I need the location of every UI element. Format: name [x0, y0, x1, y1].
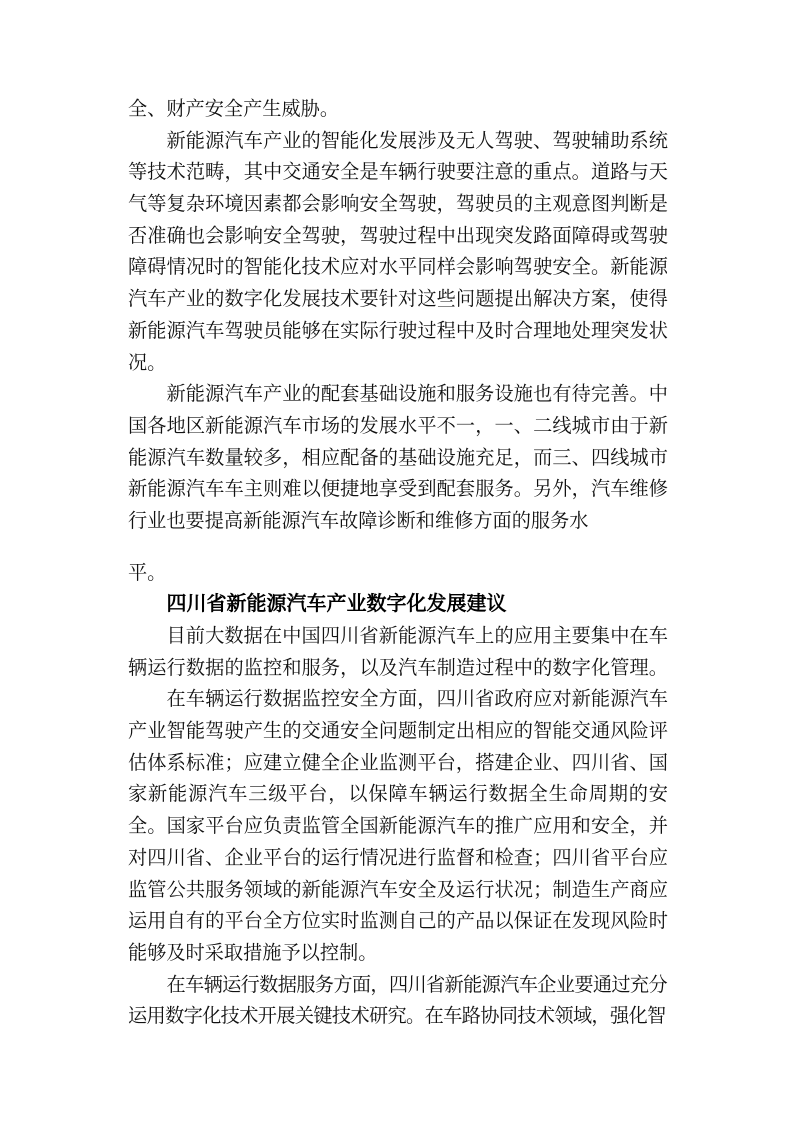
paragraph-data-services: 在车辆运行数据服务方面，四川省新能源汽车企业要通过充分运用数字化技术开展关键技术…: [128, 970, 668, 1033]
text-line: 能源汽车数量较多，相应配备的基础设施充足，而三、四线城市: [128, 443, 668, 475]
text-line: 气等复杂环境因素都会影响安全驾驶，驾驶员的主观意图判断是: [128, 189, 668, 221]
text-line: 估体系标准；应建立健全企业监测平台，搭建企业、四川省、国: [128, 748, 668, 780]
text-line: 新能源汽车产业的配套基础设施和服务设施也有待完善。中: [128, 379, 668, 411]
text-line: 汽车产业的数字化发展技术要针对这些问题提出解决方案，使得: [128, 284, 668, 316]
text-line: 能够及时采取措施予以控制。: [128, 938, 668, 970]
text-line: 新能源汽车车主则难以便捷地享受到配套服务。另外，汽车维修: [128, 474, 668, 506]
text-line: 运用数字化技术开展关键技术研究。在车路协同技术领域，强化智: [128, 1001, 668, 1033]
paragraph-intelligent-driving-safety: 新能源汽车产业的智能化发展涉及无人驾驶、驾驶辅助系统等技术范畴，其中交通安全是车…: [128, 126, 668, 380]
text-line: 监管公共服务领域的新能源汽车安全及运行状况；制造生产商应: [128, 875, 668, 907]
text-line: 全、财产安全产生威胁。: [128, 94, 668, 126]
paragraph-supporting-infrastructure: 新能源汽车产业的配套基础设施和服务设施也有待完善。中国各地区新能源汽车市场的发展…: [128, 379, 668, 589]
section-heading-sichuan-suggestions: 四川省新能源汽车产业数字化发展建议: [128, 589, 668, 621]
text-line: 产业智能驾驶产生的交通安全问题制定出相应的智能交通风险评: [128, 716, 668, 748]
document-text-block: 全、财产安全产生威胁。新能源汽车产业的智能化发展涉及无人驾驶、驾驶辅助系统等技术…: [128, 94, 668, 1033]
text-line: 在车辆运行数据服务方面，四川省新能源汽车企业要通过充分: [128, 970, 668, 1002]
text-line: 况。: [128, 348, 668, 380]
text-line: 国各地区新能源汽车市场的发展水平不一，一、二线城市由于新: [128, 411, 668, 443]
text-line: 障碍情况时的智能化技术应对水平同样会影响驾驶安全。新能源: [128, 252, 668, 284]
text-line: 家新能源汽车三级平台，以保障车辆运行数据全生命周期的安: [128, 779, 668, 811]
text-line: 新能源汽车产业的智能化发展涉及无人驾驶、驾驶辅助系统: [128, 126, 668, 158]
document-page: 全、财产安全产生威胁。新能源汽车产业的智能化发展涉及无人驾驶、驾驶辅助系统等技术…: [0, 0, 794, 1122]
text-line: 对四川省、企业平台的运行情况进行监督和检查；四川省平台应: [128, 843, 668, 875]
text-line: 新能源汽车驾驶员能够在实际行驶过程中及时合理地处理突发状: [128, 316, 668, 348]
text-line: 在车辆运行数据监控安全方面，四川省政府应对新能源汽车: [128, 684, 668, 716]
heading-line: 四川省新能源汽车产业数字化发展建议: [128, 589, 668, 621]
text-line: 目前大数据在中国四川省新能源汽车上的应用主要集中在车: [128, 621, 668, 653]
paragraph-data-monitoring-safety: 在车辆运行数据监控安全方面，四川省政府应对新能源汽车产业智能驾驶产生的交通安全问…: [128, 684, 668, 969]
text-line: 等技术范畴，其中交通安全是车辆行驶要注意的重点。道路与天: [128, 157, 668, 189]
text-line: 运用自有的平台全方位实时监测自己的产品以保证在发现风险时: [128, 906, 668, 938]
text-line: 行业也要提高新能源汽车故障诊断和维修方面的服务水: [128, 506, 668, 538]
text-line: 平。: [128, 558, 668, 590]
paragraph-big-data-applications: 目前大数据在中国四川省新能源汽车上的应用主要集中在车辆运行数据的监控和服务，以及…: [128, 621, 668, 684]
text-line: 否准确也会影响安全驾驶，驾驶过程中出现突发路面障碍或驾驶: [128, 221, 668, 253]
text-line: 全。国家平台应负责监管全国新能源汽车的推广应用和安全，并: [128, 811, 668, 843]
paragraph-threat-continuation: 全、财产安全产生威胁。: [128, 94, 668, 126]
text-line: 辆运行数据的监控和服务，以及汽车制造过程中的数字化管理。: [128, 653, 668, 685]
